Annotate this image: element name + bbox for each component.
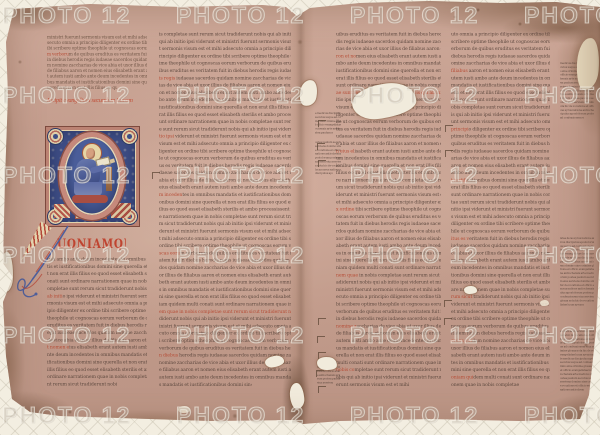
right-page-column-d-text: uto omnia a principio diligenter ex ordi… — [451, 31, 550, 391]
writing-desk-leg — [106, 167, 112, 191]
left-page-prologue-block: ministri fuerunt sermonis visum est et m… — [47, 35, 147, 92]
corner-medallion-icon — [121, 128, 138, 145]
nota-mark — [444, 318, 452, 325]
right-margin-gloss-3: sionem eius serviens domino sine crimine… — [560, 330, 594, 394]
bifolium-parchment: Incipit evangelium secundum Lucam UONIAM… — [0, 0, 600, 435]
parchment-hole — [298, 79, 319, 108]
left-page-column-a-text: usti ambo ante deum incedentes in omnibu… — [47, 256, 147, 390]
parchment-spot — [540, 300, 549, 306]
nota-mark — [318, 120, 326, 127]
parchment-spot — [178, 406, 190, 413]
evangelist-head — [86, 148, 95, 159]
center-fold-crease — [288, 0, 314, 435]
nota-mark — [316, 370, 324, 377]
nota-mark — [445, 125, 453, 132]
right-margin-gloss-2: istae lucas syrus natione antiochensis a… — [560, 237, 594, 309]
evangelist-initial-miniature — [46, 127, 139, 226]
nota-mark — [445, 150, 453, 157]
seat-cushion — [72, 195, 108, 203]
nota-mark — [317, 143, 325, 150]
nota-mark — [318, 318, 326, 325]
initial-q-bowl — [59, 132, 125, 220]
nota-mark — [318, 386, 326, 393]
nota-mark — [317, 336, 325, 343]
nota-mark — [318, 160, 326, 167]
stock-photo-illuminated-manuscript: Incipit evangelium secundum Lucam UONIAM… — [0, 0, 600, 435]
nota-mark — [152, 172, 160, 179]
parchment-hole — [464, 286, 477, 294]
nota-mark — [444, 300, 452, 307]
parchment-hole — [289, 382, 306, 409]
rubric-line: Incipit evangelium secundum Lucam — [47, 95, 144, 108]
parchment-tear — [575, 37, 600, 90]
corner-medallion-icon — [47, 128, 64, 145]
left-page-column-b-text: is completae sunt rerum sicut tradiderun… — [159, 31, 291, 391]
